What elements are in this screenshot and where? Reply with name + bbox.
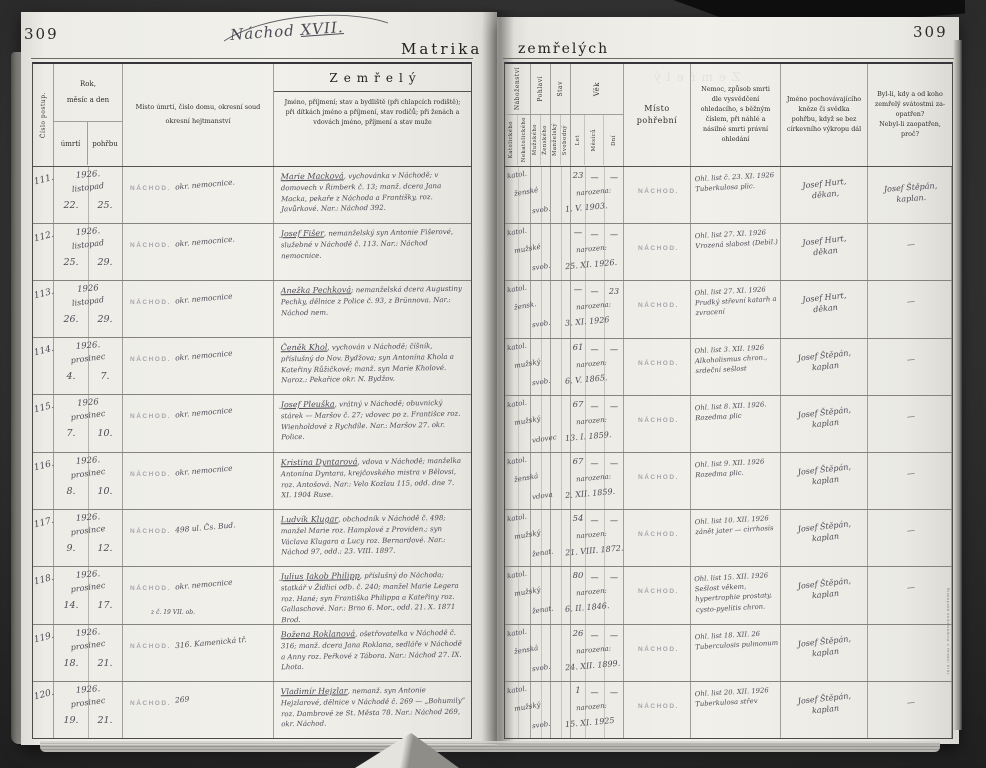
page-stack-edge: [40, 741, 940, 752]
death-day: 18.: [54, 658, 88, 669]
header-entry-number: Číslo postup.: [33, 64, 54, 166]
age-years: 67: [571, 457, 585, 467]
cell-dates: 1926. prosinec 14. 17.: [54, 567, 123, 624]
death-day: 19.: [54, 715, 88, 726]
age-years: 67: [571, 400, 585, 410]
place-note: okr. nemocnice: [175, 292, 233, 306]
register-row-right: katol. mužský svob. 1 — — narozen: 15. X…: [505, 682, 952, 738]
cause-text: Prudký střevní katarh a zvracení: [695, 296, 777, 318]
inspection-note: Ohl. list 9. XII. 1926: [695, 458, 765, 470]
cell-deceased: Josef Fišer, nemanželský syn Antonie Fiš…: [274, 223, 472, 282]
cell-status: [551, 167, 571, 223]
entry-number: 118.: [33, 572, 55, 587]
age-months: —: [585, 173, 604, 182]
cell-dates: 1926 prosinec 7. 10.: [54, 395, 123, 451]
register-row-left: 117. 1926. prosince 9. 12. NÁCHOD. 498 u…: [33, 510, 471, 567]
burial-day: 17.: [88, 600, 122, 611]
register-row-right: katol. ženská svob. 26 — — narozena: 24.…: [505, 625, 952, 682]
burial-place-stamp: NÁCHOD.: [638, 531, 679, 538]
right-table-header: Náboženství Katolického Nekatolického Po…: [505, 64, 952, 167]
cell-entry-number: 113.: [33, 281, 54, 337]
death-register-table-left: Číslo postup. Rok, měsíc a den úmrtí poh…: [32, 62, 472, 739]
place-note: okr. nemocnice: [175, 349, 233, 363]
burial-day: 12.: [88, 543, 122, 554]
cause-text: Rozedma plic.: [695, 469, 744, 480]
deceased-name: Ludvík Klugar: [281, 514, 339, 524]
book-fore-edge-right: [953, 40, 962, 730]
cell-status: [551, 625, 571, 681]
place-note: okr. nemocnice: [175, 463, 233, 477]
header-age-years: Let: [575, 135, 581, 145]
place-stamp: NÁCHOD.: [130, 185, 171, 192]
place-note: 269: [175, 694, 190, 704]
header-religion-group: Náboženství Katolického Nekatolického: [505, 64, 531, 166]
age-months: —: [585, 287, 604, 296]
cell-place-of-death: NÁCHOD. okr. nemocnice.: [123, 224, 274, 280]
cell-entry-number: 115.: [33, 395, 54, 451]
age-days: —: [604, 402, 624, 411]
header-burial-day: pohřbu: [88, 122, 122, 165]
entry-number: 115.: [33, 401, 55, 416]
place-stamp: NÁCHOD.: [130, 413, 171, 420]
cell-entry-number: 114.: [33, 338, 54, 394]
cell-burial-place: [624, 224, 691, 280]
death-day: 22.: [54, 200, 88, 211]
header-status-group: Stav Manželský Svobodný: [551, 64, 571, 166]
inspection-note: Ohl. list 20. XII. 1926: [695, 686, 769, 698]
place-stamp: NÁCHOD.: [130, 299, 171, 306]
cause-of-death-entry: Ohl. list 3. XII. 1926Alkoholismus chron…: [694, 341, 779, 376]
register-row-right: katol. ženská vdova 67 — — narozena: 2. …: [505, 453, 952, 510]
register-row-left: 114. 1926. prosinec 4. 7. NÁCHOD. okr. n…: [33, 338, 471, 395]
age-years: 1: [571, 686, 585, 696]
cell-entry-number: 117.: [33, 510, 54, 566]
age-months: —: [585, 345, 604, 354]
age-years: —: [571, 285, 585, 295]
cell-burial-place: [624, 167, 691, 223]
inspection-note: Ohl. list č. 23. XI. 1926: [695, 171, 775, 183]
burial-place-stamp: NÁCHOD.: [638, 646, 679, 653]
cell-status: [551, 339, 571, 395]
age-months: —: [585, 516, 604, 525]
header-burial-place: Místo pohřební: [624, 64, 691, 166]
header-sex-male: Mužského: [532, 124, 538, 155]
burial-place-stamp: NÁCHOD.: [638, 188, 679, 195]
register-row-right: katol. mužské svob. — — — narozen: 25. X…: [505, 224, 952, 281]
cell-status: [551, 453, 571, 509]
burial-place-stamp: NÁCHOD.: [638, 417, 679, 424]
place-note-secondary: z č. 19 VII. ob.: [151, 609, 195, 616]
deceased-name: Kristina Dyntarová: [281, 457, 358, 467]
place-note: 316. Kamenická tř.: [175, 635, 247, 650]
register-row-right: katol. mužský svob. 61 — — narozen: 6. V…: [505, 339, 952, 396]
header-death-day: úmrtí: [54, 122, 88, 165]
place-stamp: NÁCHOD.: [130, 528, 171, 535]
death-day: 25.: [54, 257, 88, 268]
place-note: okr. nemocnice.: [175, 177, 236, 191]
death-register-table-right: Náboženství Katolického Nekatolického Po…: [504, 62, 953, 739]
burial-day: 7.: [88, 371, 122, 382]
header-sex-female: Ženského: [542, 125, 548, 155]
age-days: —: [604, 631, 624, 640]
header-religion-noncatholic: Nekatolického: [521, 117, 527, 162]
inspection-note: Ohl. list 15. XII. 1926: [694, 572, 768, 584]
age-days: —: [604, 573, 624, 582]
header-deceased-title: Zemřelý: [274, 64, 471, 92]
register-title-left: Matrika: [401, 40, 482, 58]
cell-place-of-death: NÁCHOD. 316. Kamenická tř.: [123, 625, 274, 681]
header-deceased-subtitle: Jméno, příjmení; stav a bydliště (při ch…: [274, 92, 471, 128]
place-stamp: NÁCHOD.: [130, 700, 171, 707]
place-stamp: NÁCHOD.: [130, 643, 171, 650]
cell-dates: 1926. listopad 22. 25.: [54, 167, 123, 223]
burial-place-stamp: NÁCHOD.: [638, 588, 679, 595]
place-stamp: NÁCHOD.: [130, 471, 171, 478]
deceased-name: Vladimír Hejzlar: [281, 686, 348, 696]
register-photo: 309 309 Náchod XVII. Matrika zemřelých Z…: [0, 0, 986, 768]
cell-dates: 1926. prosinec 8. 10.: [54, 453, 123, 509]
header-date-title: Rok, měsíc a den: [54, 64, 122, 122]
cause-of-death-entry: Ohl. list 15. XII. 1926Sešlost věkem, hy…: [694, 570, 780, 615]
header-deceased-group: Zemřelý Jméno, příjmení; stav a bydliště…: [274, 64, 471, 166]
printer-imprint: Biskupská knihtiskárna v Hradci Král.: [946, 588, 951, 676]
header-entry-number-label: Číslo postup.: [40, 92, 47, 138]
header-cause-of-death: Nemoc, způsob smrti dle vysvědčení ohled…: [691, 64, 781, 166]
burial-day: 10.: [88, 428, 122, 439]
volume-number: XVII.: [300, 18, 344, 39]
cell-dates: 1926. prosinec 19. 21.: [54, 682, 123, 738]
age-years: 80: [571, 571, 585, 581]
burial-place-stamp: NÁCHOD.: [638, 302, 679, 309]
burial-place-stamp: NÁCHOD.: [638, 474, 679, 481]
cell-place-of-death: NÁCHOD. okr. nemocnice: [123, 395, 274, 451]
register-row-left: 115. 1926 prosinec 7. 10. NÁCHOD. okr. n…: [33, 395, 471, 452]
cell-deceased: Kristina Dyntarová, vdova v Náchodě; man…: [274, 451, 472, 510]
burial-day: 29.: [88, 257, 122, 268]
register-row-right: katol. žensk. svob. — — 23 narozena: 3. …: [505, 281, 952, 338]
age-months: —: [585, 688, 604, 697]
register-row-right: katol. ženské svob. 23 — — narozena: 1. …: [505, 167, 952, 224]
register-row-left: 111. 1926. listopad 22. 25. NÁCHOD. okr.…: [33, 167, 471, 224]
cause-text: Sešlost věkem, hypertrophie prostaty, cy…: [695, 583, 773, 614]
cell-place-of-death: NÁCHOD. okr. nemocnice: [123, 281, 274, 337]
cause-of-death-entry: Ohl. list 8. XII. 1926.Rozedma plic: [695, 399, 780, 424]
cell-deceased: Ludvík Klugar, obchodník v Náchodě č. 49…: [274, 508, 472, 567]
cell-burial-place: [624, 567, 691, 623]
age-years: 61: [571, 343, 585, 353]
register-row-right: katol. mužský ženat. 80 — — narozen: 6. …: [505, 567, 952, 624]
deceased-name: Čeněk Khol: [281, 343, 328, 353]
burial-day: 10.: [88, 486, 122, 497]
cell-status: [551, 510, 571, 566]
age-months: —: [585, 459, 604, 468]
age-months: —: [585, 573, 604, 582]
register-row-left: 120. 1926. prosinec 19. 21. NÁCHOD. 269 …: [33, 682, 471, 738]
death-day: 14.: [54, 600, 88, 611]
cell-burial-place: [624, 682, 691, 738]
cause-of-death-entry: Ohl. list 27. XI. 1926Prudký střevní kat…: [694, 284, 779, 319]
burial-place-stamp: NÁCHOD.: [638, 703, 679, 710]
cell-status: [551, 224, 571, 280]
cell-entry-number: 112.: [33, 224, 54, 280]
deceased-name: Julius Jakob Philipp: [281, 571, 360, 581]
header-age-group: Věk Let Měsíců Dní: [571, 64, 624, 166]
deceased-name: Josef Fišer: [281, 229, 324, 239]
header-status-married: Manželský: [552, 123, 558, 156]
age-days: 23: [604, 287, 624, 296]
cell-burial-place: [624, 453, 691, 509]
deceased-name: Božena Roklanová: [281, 629, 356, 639]
burial-place-stamp: NÁCHOD.: [638, 360, 679, 367]
left-table-header: Číslo postup. Rok, měsíc a den úmrtí poh…: [33, 64, 471, 167]
place-stamp: NÁCHOD.: [130, 242, 171, 249]
header-status-single: Svobodný: [562, 125, 568, 155]
header-sex: Pohlaví: [537, 76, 544, 102]
burial-day: 21.: [88, 658, 122, 669]
age-days: —: [604, 459, 624, 468]
cause-of-death-entry: Ohl. list 18. XII. 26Tuberculosis pulmon…: [695, 627, 780, 652]
register-row-left: 119. 1926. prosinec 18. 21. NÁCHOD. 316.…: [33, 625, 471, 682]
age-days: —: [604, 516, 624, 525]
header-priest: Jméno pochovávajícího kněze či svědka po…: [781, 64, 868, 166]
place-note: okr. nemocnice: [175, 406, 233, 420]
place-note: okr. nemocnice.: [175, 235, 236, 249]
page-number-right: 309: [913, 23, 948, 41]
age-years: 54: [571, 514, 585, 524]
cell-burial-place: [624, 396, 691, 452]
register-title-right: zemřelých: [518, 41, 609, 57]
entry-number: 111.: [33, 173, 55, 188]
place-stamp: NÁCHOD.: [130, 585, 171, 592]
entry-number: 116.: [33, 458, 55, 473]
age-months: —: [585, 230, 604, 239]
death-month: prosinec: [54, 407, 123, 424]
place-stamp: NÁCHOD.: [130, 356, 171, 363]
cell-place-of-death: NÁCHOD. okr. nemocnice z č. 19 VII. ob.: [123, 567, 274, 624]
right-table-body: katol. ženské svob. 23 — — narozena: 1. …: [505, 167, 952, 738]
register-row-right: katol. mužský ženat. 54 — — narozen: 21.…: [505, 510, 952, 567]
age-days: —: [604, 688, 624, 697]
cell-deceased: Julius Jakob Philipp, příslušný do Nácho…: [274, 565, 472, 625]
burial-day: 25.: [88, 200, 122, 211]
cell-dates: 1926. prosinec 18. 21.: [54, 625, 123, 681]
cell-entry-number: 119.: [33, 625, 54, 681]
cell-place-of-death: NÁCHOD. 269: [123, 682, 274, 738]
entry-number: 113.: [33, 287, 55, 302]
header-status: Stav: [557, 81, 564, 97]
age-days: —: [604, 230, 624, 239]
cell-deceased: Marie Macková, vychovánka v Náchodě; v d…: [274, 166, 472, 225]
place-note: 498 ul. Čs. Bud.: [175, 520, 236, 534]
age-months: —: [585, 402, 604, 411]
header-date-group: Rok, měsíc a den úmrtí pohřbu: [54, 64, 123, 166]
cell-status: [551, 281, 571, 337]
age-months: —: [585, 631, 604, 640]
cause-of-death-entry: Ohl. list 20. XII. 1926Tuberkulosa střev: [695, 685, 780, 710]
register-row-left: 118. 1926. prosinec 14. 17. NÁCHOD. okr.…: [33, 567, 471, 625]
cell-entry-number: 116.: [33, 453, 54, 509]
cell-burial-place: [624, 281, 691, 337]
death-day: 8.: [54, 486, 88, 497]
cell-dates: 1926. listopad 25. 29.: [54, 224, 123, 280]
cell-deceased: Čeněk Khol, vychován v Náchodě; číšník, …: [274, 337, 472, 396]
header-sex-group: Pohlaví Mužského Ženského: [531, 64, 551, 166]
entry-number: 114.: [33, 344, 55, 359]
register-row-left: 116. 1926. prosinec 8. 10. NÁCHOD. okr. …: [33, 453, 471, 510]
cell-deceased: Božena Roklanová, ošetřovatelka v Náchod…: [274, 623, 472, 682]
death-day: 26.: [54, 314, 88, 325]
left-table-body: 111. 1926. listopad 22. 25. NÁCHOD. okr.…: [33, 167, 471, 738]
cell-entry-number: 118.: [33, 567, 54, 624]
cell-place-of-death: NÁCHOD. okr. nemocnice: [123, 453, 274, 509]
burial-place-stamp: NÁCHOD.: [638, 245, 679, 252]
entry-number: 117.: [33, 515, 55, 530]
burial-day: 29.: [88, 314, 122, 325]
cell-dates: 1926. prosince 9. 12.: [54, 510, 123, 566]
cell-deceased: Vladimír Hejzlar, nemanž. syn Antonie He…: [274, 681, 472, 740]
cell-status: [551, 567, 571, 623]
entry-number: 119.: [33, 630, 55, 645]
cause-text: Rozedma plic: [695, 412, 742, 422]
deceased-name: Anežka Pechková: [281, 286, 352, 296]
header-sacraments: Byl-li, kdy a od koho zemřelý svátostmi …: [868, 64, 952, 166]
header-place-of-death: Místo úmrtí, číslo domu, okresní soud ok…: [123, 64, 274, 166]
death-day: 7.: [54, 428, 88, 439]
cell-deceased: Anežka Pechková; nemanželská dcera Augus…: [274, 280, 472, 339]
age-years: 23: [571, 171, 585, 181]
inspection-note: Ohl. list 18. XII. 26: [695, 629, 761, 640]
age-days: —: [604, 345, 624, 354]
death-month: prosinec: [54, 350, 123, 367]
inspection-note: Ohl. list 8. XII. 1926.: [695, 400, 767, 412]
entry-number: 112.: [33, 230, 55, 245]
cell-burial-place: [624, 510, 691, 566]
cell-place-of-death: NÁCHOD. 498 ul. Čs. Bud.: [123, 510, 274, 566]
cause-text: Alkoholismus chron., srdeční sešlost: [695, 353, 768, 375]
age-years: —: [571, 228, 585, 238]
cell-burial-place: [624, 625, 691, 681]
cell-entry-number: 120.: [33, 682, 54, 738]
cell-place-of-death: NÁCHOD. okr. nemocnice: [123, 338, 274, 394]
deceased-name: Josef Pleuška: [281, 400, 335, 410]
header-religion: Náboženství: [514, 67, 521, 110]
burial-day: 21.: [88, 715, 122, 726]
header-age-days: Dní: [611, 135, 617, 146]
register-row-left: 112. 1926. listopad 25. 29. NÁCHOD. okr.…: [33, 224, 471, 281]
header-age-months: Měsíců: [591, 129, 597, 151]
cell-dates: 1926. prosinec 4. 7.: [54, 338, 123, 394]
register-row-right: katol. mužský vdovec 67 — — narozen: 13.…: [505, 396, 952, 453]
death-day: 9.: [54, 543, 88, 554]
place-note: okr. nemocnice: [175, 577, 233, 591]
entry-number: 120.: [33, 688, 55, 703]
cell-status: [551, 682, 571, 738]
header-age: Věk: [593, 82, 601, 96]
header-religion-catholic: Katolického: [508, 121, 514, 158]
cause-text: Tuberkulosa plic.: [695, 182, 755, 193]
cell-sacraments: [868, 625, 952, 681]
cell-place-of-death: NÁCHOD. okr. nemocnice.: [123, 167, 274, 223]
register-row-left: 113. 1926 listopad 26. 29. NÁCHOD. okr. …: [33, 281, 471, 338]
cell-deceased: Josef Pleuška, vrátný v Náchodě; obuvnic…: [274, 394, 472, 453]
cell-status: [551, 396, 571, 452]
age-years: 26: [571, 629, 585, 639]
cell-dates: 1926 listopad 26. 29.: [54, 281, 123, 337]
age-days: —: [604, 173, 624, 182]
cell-burial-place: [624, 339, 691, 395]
death-day: 4.: [54, 371, 88, 382]
cause-text: Tuberkulosa střev: [695, 697, 758, 708]
deceased-name: Marie Macková: [281, 171, 344, 181]
cell-entry-number: 111.: [33, 167, 54, 223]
cell-sex: [531, 281, 551, 337]
page-number-left: 309: [24, 25, 59, 43]
